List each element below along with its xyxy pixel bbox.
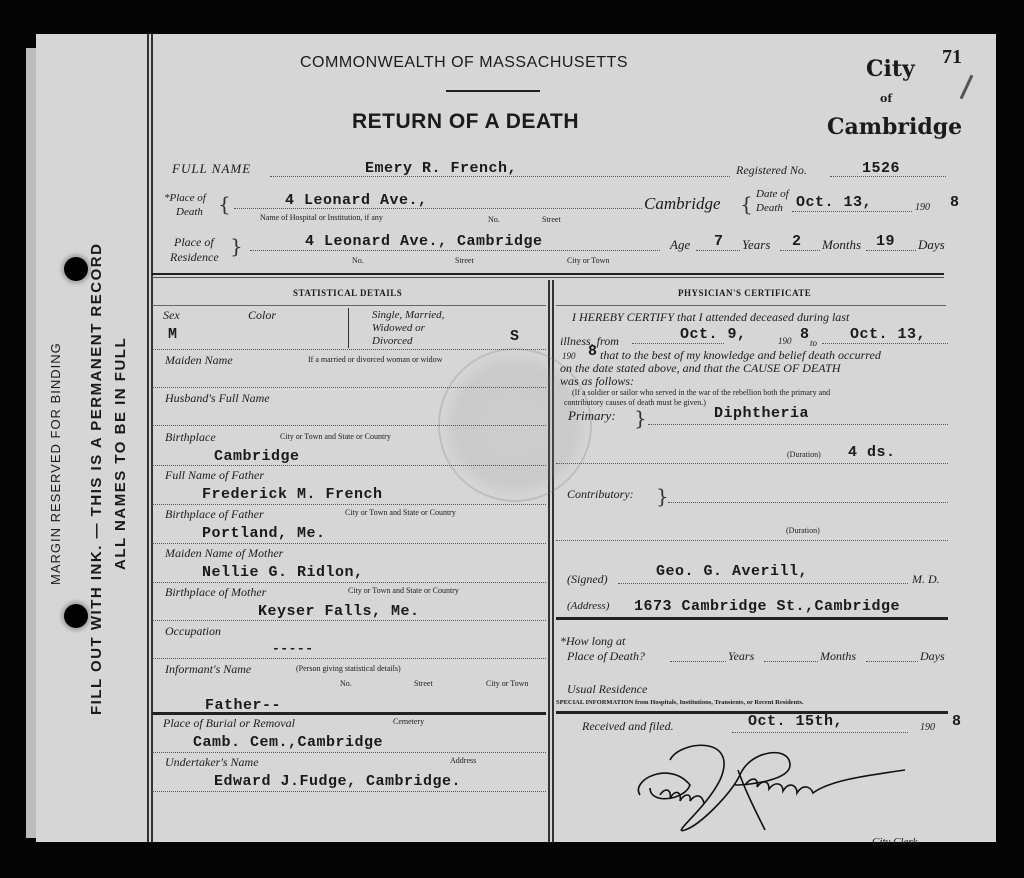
days-label: Days (918, 237, 945, 253)
stat-line-3 (152, 425, 546, 426)
year2-digit[interactable]: 8 (588, 343, 598, 360)
illness-to-line (822, 343, 948, 344)
stat-line-6 (152, 543, 546, 544)
father-label: Full Name of Father (165, 468, 264, 483)
burial-hint: Cemetery (393, 717, 424, 726)
hl-years-label: Years (728, 649, 754, 664)
received-year-prefix: 190 (920, 722, 935, 733)
primary-cause-value[interactable]: Diphtheria (714, 405, 809, 422)
phys-line-1 (556, 463, 948, 464)
birthplace-label: Birthplace (165, 430, 216, 445)
sex-marital-divider (348, 308, 349, 348)
place-death-value[interactable]: 4 Leonard Ave., (285, 192, 428, 209)
date-death-value[interactable]: Oct. 13, (796, 194, 872, 211)
received-line (732, 732, 908, 733)
stat-line-1 (152, 349, 546, 350)
age-months-line (780, 250, 820, 251)
residence-brace: } (230, 234, 243, 258)
physician-text-4: was as follows: (560, 374, 634, 389)
age-label: Age (670, 237, 690, 253)
residence-value[interactable]: 4 Leonard Ave., Cambridge (305, 233, 543, 250)
stat-line-8 (152, 620, 546, 621)
informant-city: City or Town (486, 679, 528, 688)
full-name-value[interactable]: Emery R. French, (365, 160, 517, 177)
received-year-digit[interactable]: 8 (952, 713, 962, 730)
father-birthplace-label: Birthplace of Father (165, 507, 264, 522)
place-death-brace: { (218, 192, 231, 216)
document-title: RETURN OF A DEATH (352, 110, 579, 134)
maiden-name-label: Maiden Name (165, 353, 233, 368)
statistical-heading-rule (152, 305, 546, 306)
city-clerk-label: City Clerk. (872, 836, 920, 848)
undertaker-label: Undertaker's Name (165, 755, 259, 770)
md-label: M. D. (912, 572, 940, 587)
address-label: (Address) (567, 600, 609, 612)
primary-duration-value[interactable]: 4 ds. (848, 444, 896, 461)
stat-line-9 (152, 658, 546, 659)
informant-street: Street (414, 679, 433, 688)
illness-from-value[interactable]: Oct. 9, (680, 326, 747, 343)
marital-label-2: Widowed or (372, 322, 425, 334)
hl-months-label: Months (820, 649, 856, 664)
year2-prefix: 190 (562, 351, 576, 361)
margin-names-notice: ALL NAMES TO BE IN FULL (112, 337, 129, 570)
occupation-label: Occupation (165, 624, 221, 639)
stat-line-2 (152, 387, 546, 388)
color-label: Color (248, 308, 276, 323)
occupation-value[interactable]: ----- (272, 641, 314, 656)
age-years-line (696, 250, 740, 251)
full-name-label: FULL NAME (172, 161, 251, 177)
months-label: Months (822, 237, 861, 253)
usual-residence-label: Usual Residence (567, 682, 647, 697)
mother-label: Maiden Name of Mother (165, 546, 283, 561)
birthplace-hint: City or Town and State or Country (280, 432, 391, 441)
residence-label-2: Residence (170, 250, 219, 265)
burial-label: Place of Burial or Removal (163, 716, 295, 731)
signed-label: (Signed) (567, 572, 608, 587)
soldier-note-1: (If a soldier or sailor who served in th… (572, 388, 830, 397)
phys-line-2 (556, 540, 948, 541)
undertaker-hint: Address (450, 756, 476, 765)
registered-number[interactable]: 1526 (862, 160, 900, 177)
signed-value[interactable]: Geo. G. Averill, (656, 563, 808, 580)
age-years[interactable]: 7 (714, 233, 724, 250)
hint-no: No. (488, 215, 500, 224)
margin-divider-inner (151, 34, 153, 842)
commonwealth-heading: COMMONWEALTH OF MASSACHUSETTS (300, 54, 628, 72)
contributory-brace: } (656, 484, 669, 508)
hint-street: Street (542, 215, 561, 224)
residence-hint-street: Street (455, 256, 474, 265)
city-clerk-signature: Edward J. Brandon (630, 740, 920, 840)
section-rule-bottom (152, 277, 944, 278)
date-death-brace: { (740, 192, 753, 216)
primary-label: Primary: (568, 408, 616, 424)
maiden-name-hint: If a married or divorced woman or widow (308, 355, 442, 364)
contributory-label: Contributory: (567, 487, 634, 502)
stat-line-7 (152, 582, 546, 583)
marital-value[interactable]: S (510, 328, 520, 345)
svg-text:Edward J. Brandon: Edward J. Brandon (630, 740, 638, 741)
age-days[interactable]: 19 (876, 233, 895, 250)
primary-brace: } (634, 406, 647, 430)
city-label: City (866, 56, 915, 82)
burial-value[interactable]: Camb. Cem.,Cambridge (193, 734, 383, 751)
sex-value[interactable]: M (168, 326, 178, 343)
hl-days-line (866, 661, 918, 662)
special-information-note: SPECIAL INFORMATION from Hospitals, Inst… (556, 699, 804, 706)
informant-label: Informant's Name (165, 662, 251, 677)
mother-birthplace-value[interactable]: Keyser Falls, Me. (258, 603, 420, 620)
father-birthplace-value[interactable]: Portland, Me. (202, 525, 326, 542)
to-label: to (810, 338, 817, 348)
age-months[interactable]: 2 (792, 233, 802, 250)
primary-line (648, 424, 948, 425)
informant-no: No. (340, 679, 352, 688)
place-death-label-1: *Place of (164, 192, 206, 204)
from-year-prefix: 190 (778, 336, 792, 346)
binding-hole-top (64, 257, 88, 281)
address-rule (556, 617, 948, 620)
hint-hospital: Name of Hospital or Institution, if any (260, 213, 383, 222)
place-death-label-2: Death (176, 206, 203, 218)
mother-value[interactable]: Nellie G. Ridlon, (202, 564, 364, 581)
residence-hint-no: No. (352, 256, 364, 265)
hl-months-line (764, 661, 818, 662)
place-death-city: Cambridge (644, 194, 721, 214)
margin-binding-text: MARGIN RESERVED FOR BINDING (48, 342, 63, 585)
physician-heading: PHYSICIAN'S CERTIFICATE (678, 288, 811, 298)
illness-from-line (632, 343, 724, 344)
marital-label-3: Divorced (372, 335, 413, 347)
contributory-line (668, 502, 948, 503)
received-label: Received and filed. (582, 719, 674, 734)
sex-label: Sex (163, 308, 180, 323)
date-year-digit[interactable]: 8 (950, 194, 960, 211)
date-death-label-1: Date of (756, 188, 789, 200)
date-year-prefix: 190 (915, 202, 930, 213)
stat-line-4 (152, 465, 546, 466)
how-long-label-2: Place of Death? (567, 649, 645, 664)
date-death-label-2: Death (756, 202, 783, 214)
margin-divider-outer (147, 34, 149, 842)
father-value[interactable]: Frederick M. French (202, 486, 383, 503)
cambridge-label: Cambridge (827, 114, 962, 140)
stat-line-11 (152, 791, 546, 792)
margin-ink-notice: FILL OUT WITH INK. — THIS IS A PERMANENT… (88, 243, 105, 715)
address-value[interactable]: 1673 Cambridge St.,Cambridge (634, 598, 900, 615)
certify-text: I HEREBY CERTIFY that I attended decease… (572, 310, 849, 325)
of-label: of (880, 92, 892, 105)
informant-rule (152, 712, 546, 715)
section-rule-top (152, 273, 944, 275)
years-label: Years (742, 237, 770, 253)
date-death-line (792, 211, 912, 212)
hl-years-line (670, 661, 726, 662)
mother-birthplace-label: Birthplace of Mother (165, 585, 266, 600)
physician-heading-rule (556, 305, 946, 306)
received-date-value[interactable]: Oct. 15th, (748, 713, 843, 730)
primary-duration-label: (Duration) (787, 450, 821, 459)
illness-to-value[interactable]: Oct. 13, (850, 326, 926, 343)
hl-days-label: Days (920, 649, 945, 664)
binding-hole-bottom (64, 604, 88, 628)
informant-hint: (Person giving statistical details) (296, 664, 401, 673)
stat-line-10 (152, 752, 546, 753)
residence-label-1: Place of (174, 235, 214, 250)
statistical-heading: STATISTICAL DETAILS (293, 288, 402, 298)
page-number: 71 (942, 46, 962, 69)
from-year-digit[interactable]: 8 (800, 326, 810, 343)
residence-hint-city: City or Town (567, 256, 609, 265)
birthplace-value[interactable]: Cambridge (214, 448, 300, 465)
undertaker-value[interactable]: Edward J.Fudge, Cambridge. (214, 773, 461, 790)
stat-line-5 (152, 504, 546, 505)
registered-label: Registered No. (736, 163, 807, 178)
header-rule (446, 90, 540, 92)
residence-line (250, 250, 660, 251)
age-days-line (866, 250, 916, 251)
signed-line (618, 583, 908, 584)
father-birthplace-hint: City or Town and State or Country (345, 508, 456, 517)
how-long-label-1: *How long at (560, 634, 625, 649)
contributory-duration-label: (Duration) (786, 526, 820, 535)
mother-birthplace-hint: City or Town and State or Country (348, 586, 459, 595)
husband-label: Husband's Full Name (165, 391, 270, 406)
marital-label-1: Single, Married, (372, 309, 444, 321)
